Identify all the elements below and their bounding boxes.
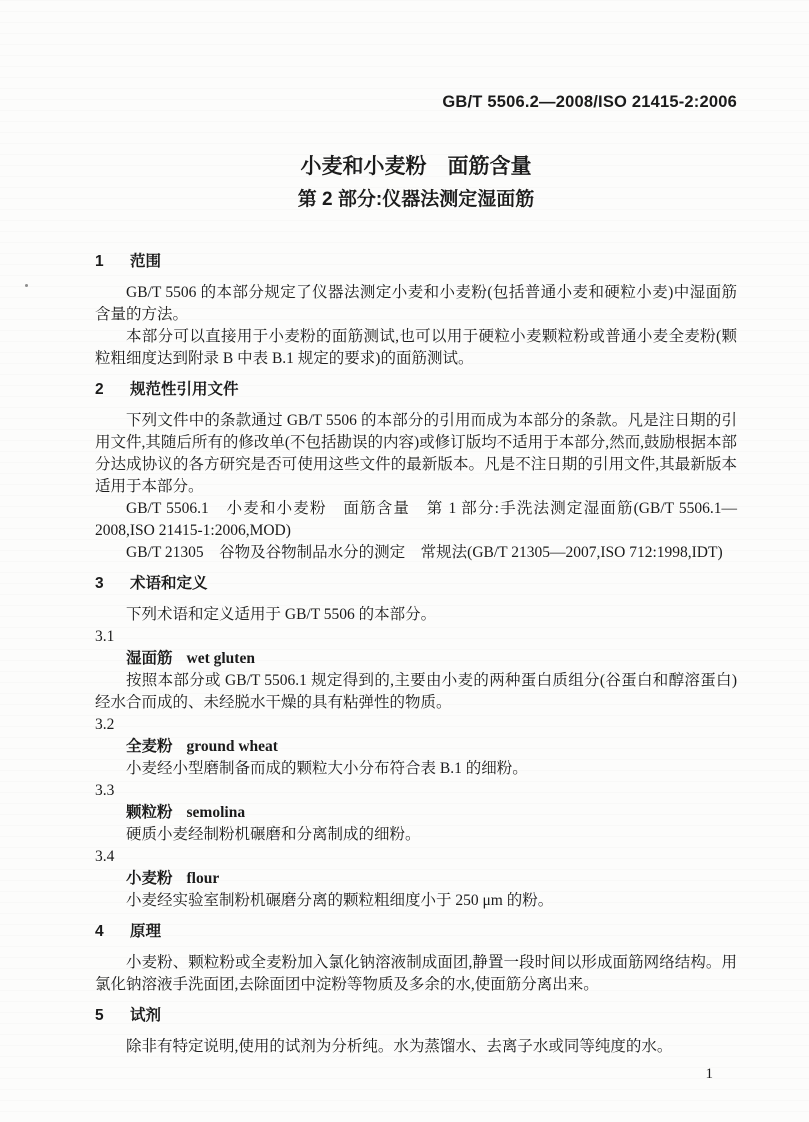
section-2-heading: 2规范性引用文件: [95, 380, 737, 400]
section-1-body: GB/T 5506 的本部分规定了仪器法测定小麦和小麦粉(包括普通小麦和硬粒小麦…: [95, 282, 737, 370]
document-title-line1: 小麦和小麦粉 面筋含量: [95, 153, 737, 181]
section-4-number: 4: [95, 922, 130, 942]
section-5-title: 试剂: [130, 1007, 161, 1024]
document-title-line2: 第 2 部分:仪器法测定湿面筋: [95, 186, 737, 214]
paragraph: 下列文件中的条款通过 GB/T 5506 的本部分的引用而成为本部分的条款。凡是…: [95, 410, 737, 498]
term-line: 颗粒粉semolina: [95, 802, 737, 824]
term-definition: 小麦经实验室制粉机碾磨分离的颗粒粗细度小于 250 μm 的粉。: [95, 890, 737, 912]
section-2-title: 规范性引用文件: [130, 381, 239, 398]
term-en: semolina: [187, 804, 246, 821]
section-3-number: 3: [95, 574, 130, 594]
term-number: 3.1: [95, 626, 737, 648]
term-number: 3.4: [95, 846, 737, 868]
term-en: ground wheat: [187, 738, 278, 755]
document-page: GB/T 5506.2—2008/ISO 21415-2:2006 小麦和小麦粉…: [0, 0, 809, 1122]
scan-artifact-dot: [25, 284, 28, 287]
page-number: 1: [95, 1066, 737, 1082]
term-definition: 按照本部分或 GB/T 5506.1 规定得到的,主要由小麦的两种蛋白质组分(谷…: [95, 670, 737, 714]
section-4-heading: 4原理: [95, 922, 737, 942]
section-1-title: 范围: [130, 253, 161, 270]
section-5-number: 5: [95, 1006, 130, 1026]
normative-reference: GB/T 21305 谷物及谷物制品水分的测定 常规法(GB/T 21305—2…: [95, 542, 737, 564]
section-3-title: 术语和定义: [130, 575, 208, 592]
paragraph: GB/T 5506 的本部分规定了仪器法测定小麦和小麦粉(包括普通小麦和硬粒小麦…: [95, 282, 737, 326]
paragraph: 小麦粉、颗粒粉或全麦粉加入氯化钠溶液制成面团,静置一段时间以形成面筋网络结构。用…: [95, 952, 737, 996]
term-line: 全麦粉ground wheat: [95, 736, 737, 758]
section-2-number: 2: [95, 380, 130, 400]
section-3-body: 下列术语和定义适用于 GB/T 5506 的本部分。 3.1 湿面筋wet gl…: [95, 604, 737, 912]
paragraph: 除非有特定说明,使用的试剂为分析纯。水为蒸馏水、去离子水或同等纯度的水。: [95, 1036, 737, 1058]
term-cn: 湿面筋: [126, 650, 173, 667]
term-definition: 小麦经小型磨制备而成的颗粒大小分布符合表 B.1 的细粉。: [95, 758, 737, 780]
section-3-heading: 3术语和定义: [95, 574, 737, 594]
section-1-heading: 1范围: [95, 252, 737, 272]
section-5-body: 除非有特定说明,使用的试剂为分析纯。水为蒸馏水、去离子水或同等纯度的水。: [95, 1036, 737, 1058]
section-4-body: 小麦粉、颗粒粉或全麦粉加入氯化钠溶液制成面团,静置一段时间以形成面筋网络结构。用…: [95, 952, 737, 996]
section-5-heading: 5试剂: [95, 1006, 737, 1026]
terms-intro: 下列术语和定义适用于 GB/T 5506 的本部分。: [95, 604, 737, 626]
term-en: wet gluten: [187, 650, 255, 667]
paragraph: 本部分可以直接用于小麦粉的面筋测试,也可以用于硬粒小麦颗粒粉或普通小麦全麦粉(颗…: [95, 326, 737, 370]
term-line: 小麦粉flour: [95, 868, 737, 890]
section-4-title: 原理: [130, 923, 161, 940]
term-definition: 硬质小麦经制粉机碾磨和分离制成的细粉。: [95, 824, 737, 846]
standard-code: GB/T 5506.2—2008/ISO 21415-2:2006: [95, 94, 737, 111]
term-cn: 小麦粉: [126, 870, 173, 887]
term-cn: 全麦粉: [126, 738, 173, 755]
term-en: flour: [187, 870, 220, 887]
section-1-number: 1: [95, 252, 130, 272]
term-cn: 颗粒粉: [126, 804, 173, 821]
normative-reference: GB/T 5506.1 小麦和小麦粉 面筋含量 第 1 部分:手洗法测定湿面筋(…: [95, 498, 737, 542]
term-number: 3.2: [95, 714, 737, 736]
term-number: 3.3: [95, 780, 737, 802]
term-line: 湿面筋wet gluten: [95, 648, 737, 670]
section-2-body: 下列文件中的条款通过 GB/T 5506 的本部分的引用而成为本部分的条款。凡是…: [95, 410, 737, 564]
